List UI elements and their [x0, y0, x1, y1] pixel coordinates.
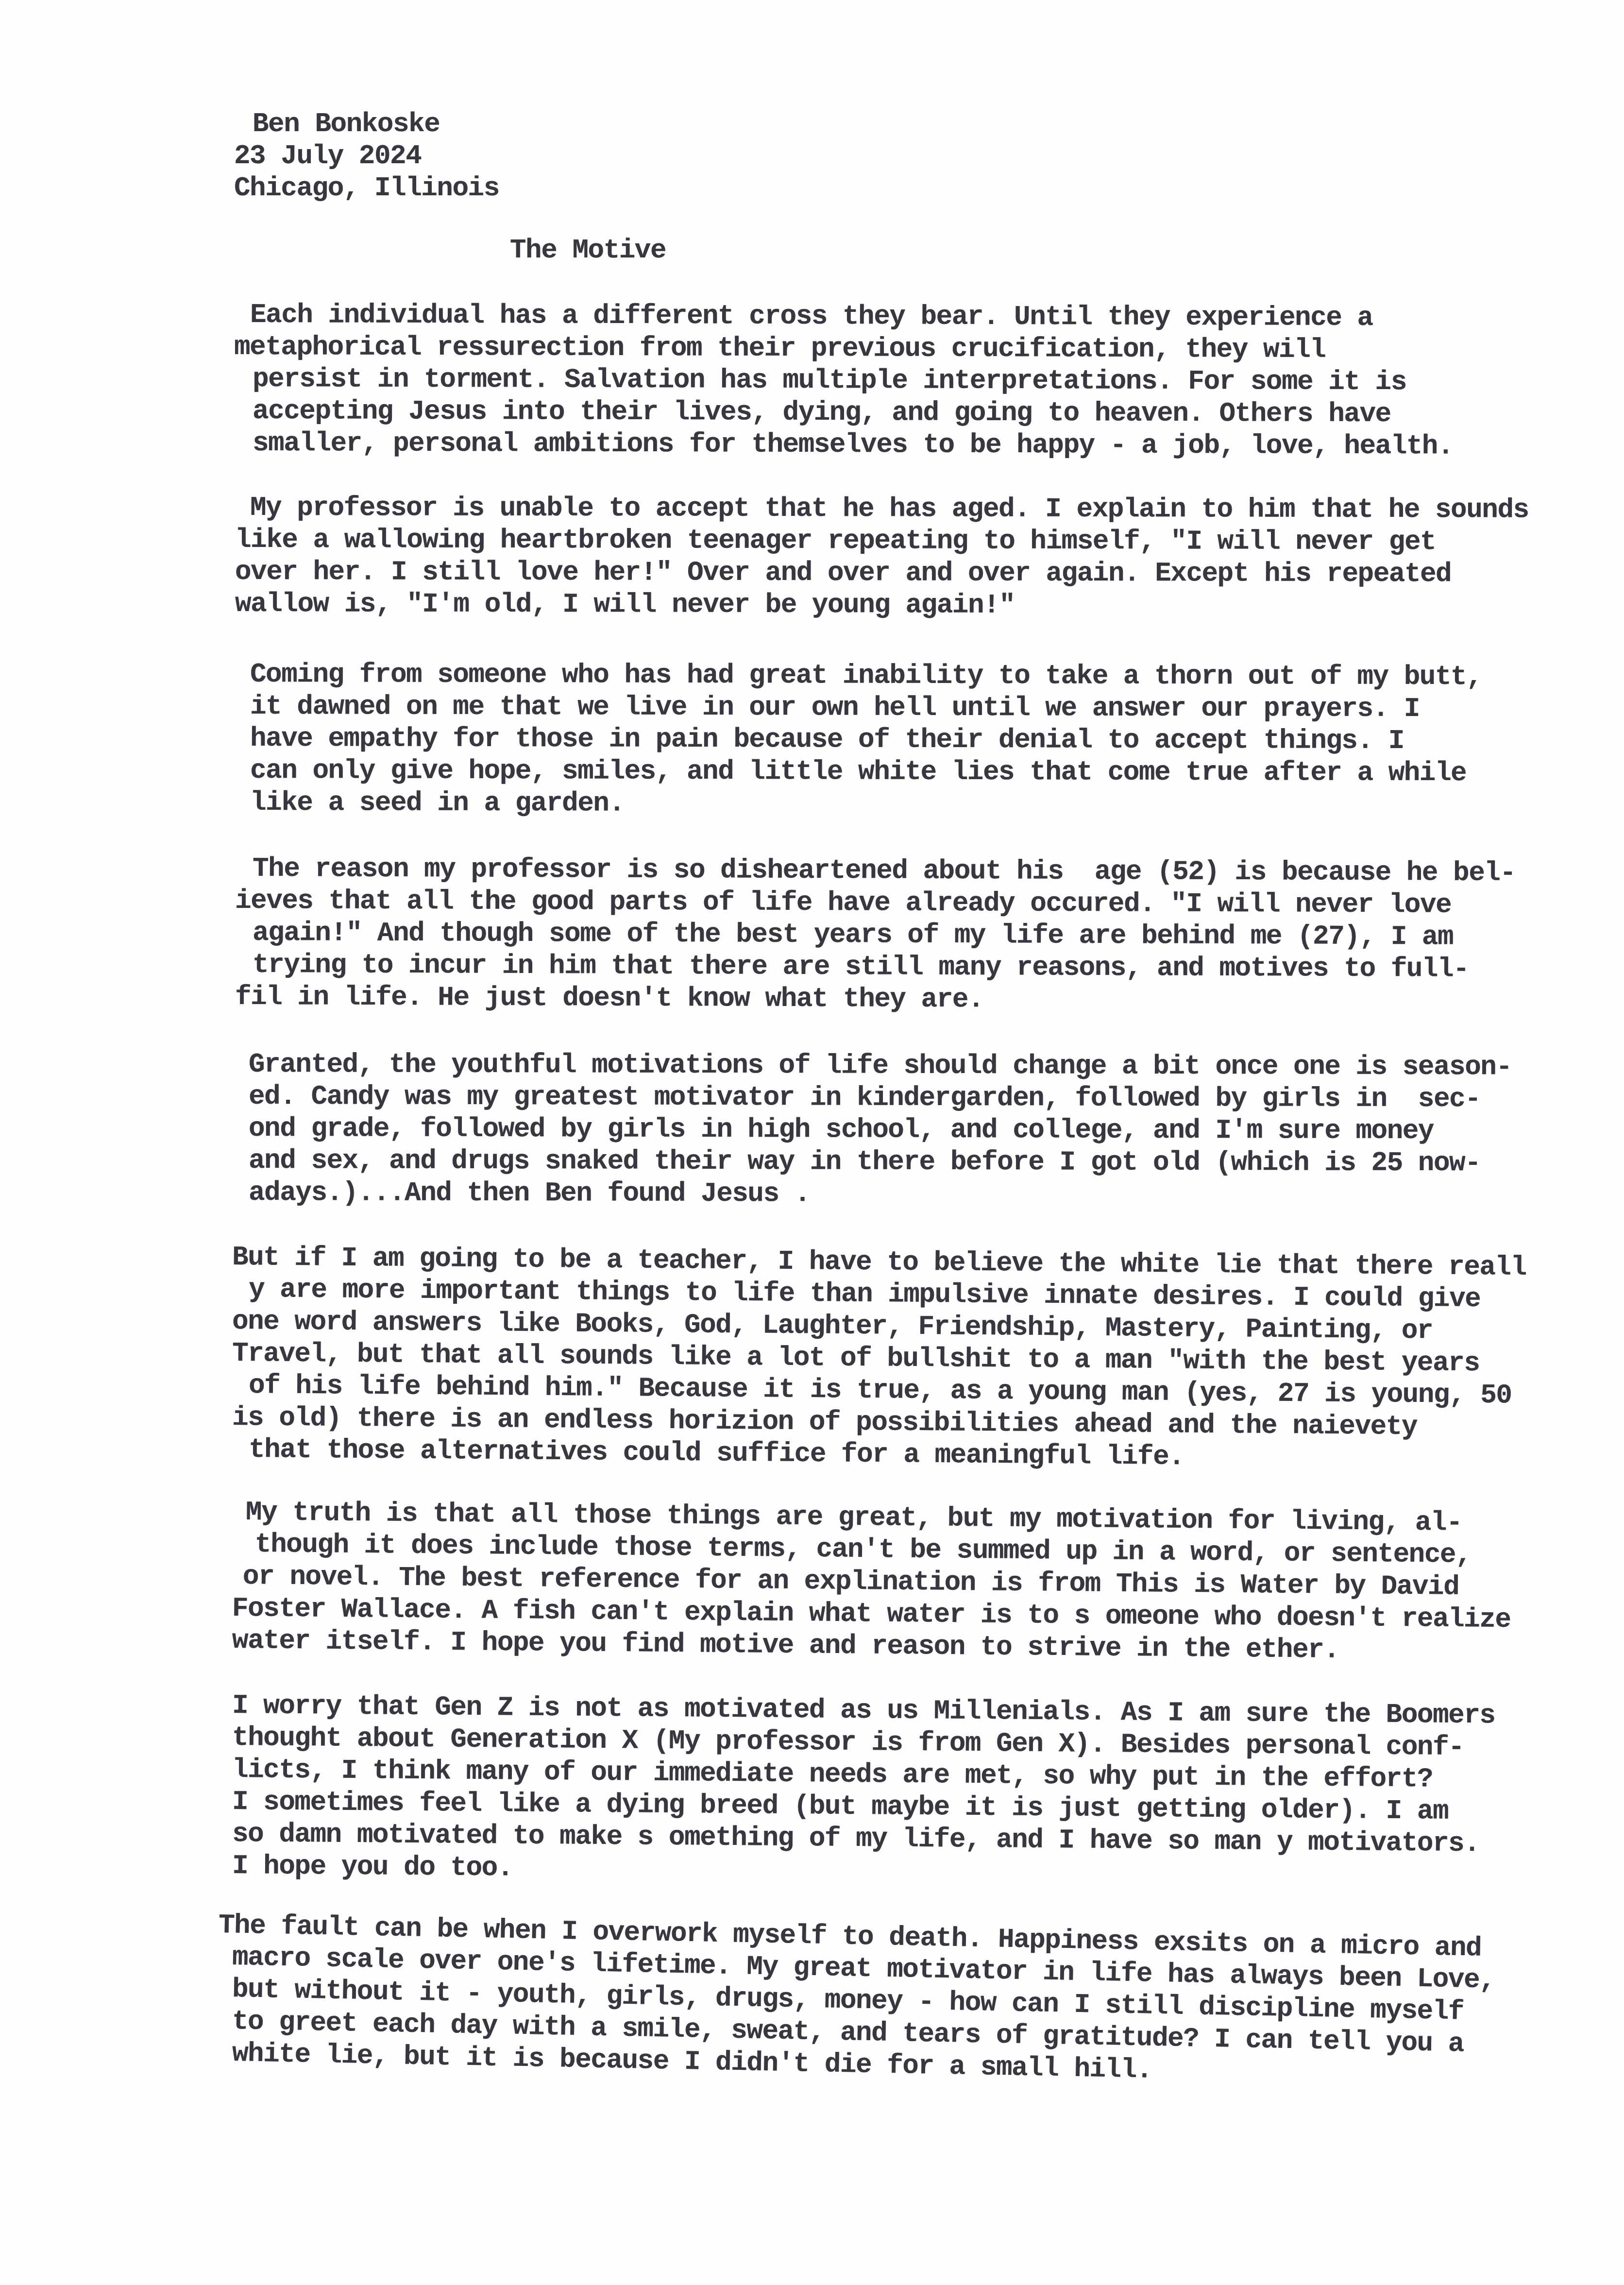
- text-line: My professor is unable to accept that he…: [250, 492, 1529, 526]
- text-line: accepting Jesus into their lives, dying,…: [253, 395, 1391, 430]
- document-location: Chicago, Illinois: [234, 172, 499, 204]
- text-line: that those alternatives could suffice fo…: [249, 1433, 1184, 1473]
- text-line: adays.)...And then Ben found Jesus .: [249, 1177, 810, 1210]
- text-line: ed. Candy was my greatest motivator in k…: [249, 1080, 1480, 1115]
- text-line: have empathy for those in pain because o…: [250, 722, 1404, 757]
- text-line: Granted, the youthful motivations of lif…: [249, 1048, 1512, 1083]
- text-line: fil in life. He just doesn't know what t…: [235, 981, 983, 1015]
- text-line: and sex, and drugs snaked their way in t…: [249, 1144, 1480, 1179]
- text-line: like a seed in a garden.: [250, 786, 625, 819]
- text-line: ieves that all the good parts of life ha…: [235, 885, 1451, 921]
- text-line: over her. I still love her!" Over and ov…: [235, 556, 1451, 590]
- text-line: wallow is, "I'm old, I will never be you…: [235, 588, 1015, 621]
- text-line: Each individual has a different cross th…: [250, 299, 1373, 334]
- text-line: ond grade, followed by girls in high sch…: [249, 1112, 1434, 1147]
- text-line: Coming from someone who has had great in…: [250, 658, 1482, 693]
- text-line: trying to incur in him that there are st…: [253, 949, 1469, 985]
- text-line: metaphorical ressurection from their pre…: [234, 331, 1326, 366]
- author-name: Ben Bonkoske: [253, 108, 440, 140]
- text-line: I hope you do too.: [232, 1850, 513, 1884]
- text-line: The reason my professor is so dishearten…: [253, 853, 1516, 889]
- typewritten-page: Ben Bonkoske 23 July 2024 Chicago, Illin…: [0, 0, 1624, 2285]
- document-title: The Motive: [510, 234, 666, 266]
- text-line: persist in torment. Salvation has multip…: [253, 363, 1406, 398]
- text-line: it dawned on me that we live in our own …: [250, 690, 1420, 725]
- text-line: can only give hope, smiles, and little w…: [250, 754, 1466, 789]
- text-line: smaller, personal ambitions for themselv…: [253, 427, 1453, 462]
- text-line: like a wallowing heartbroken teenager re…: [235, 524, 1436, 558]
- text-line: again!" And though some of the best year…: [253, 917, 1453, 953]
- document-date: 23 July 2024: [234, 140, 421, 172]
